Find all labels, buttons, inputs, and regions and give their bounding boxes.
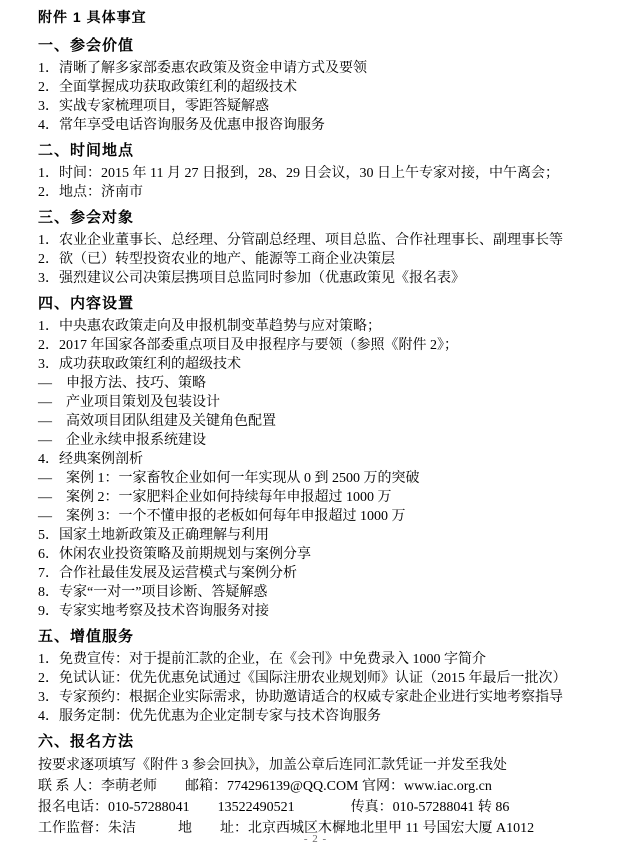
document-line: 1．清晰了解多家部委惠农政策及资金申请方式及要领 <box>38 59 605 78</box>
page-number: - 2 - <box>0 833 631 845</box>
document-line: 3．成功获取政策红利的超级技术 <box>38 355 605 374</box>
document-line: 4．服务定制：优先优惠为企业定制专家与技术咨询服务 <box>38 707 605 726</box>
section-content-setup: 四、内容设置 1．中央惠农政策走向及申报机制变革趋势与应对策略； 2．2017 … <box>38 294 605 621</box>
registration-instruction-line: 按要求逐项填写《附件 3 参会回执》，加盖公章后连同汇款凭证一并发至我处 <box>38 755 605 776</box>
document-line: 7．合作社最佳发展及运营模式与案例分析 <box>38 564 605 583</box>
document-line: 6．休闲农业投资策略及前期规划与案例分享 <box>38 545 605 564</box>
section-participation-value: 一、参会价值 1．清晰了解多家部委惠农政策及资金申请方式及要领 2．全面掌握成功… <box>38 36 605 135</box>
section-time-place: 二、时间地点 1．时间：2015 年 11 月 27 日报到，28、29 日会议… <box>38 141 605 202</box>
document-line: 1．农业企业董事长、总经理、分管副总经理、项目总监、合作社理事长、副理事长等 <box>38 231 605 250</box>
document-line: 3．实战专家梳理项目，零距答疑解惑 <box>38 97 605 116</box>
document-line: 3．专家预约：根据企业实际需求，协助邀请适合的权威专家赴企业进行实地考察指导 <box>38 688 605 707</box>
section-value-added-services: 五、增值服务 1．免费宣传：对于提前汇款的企业，在《会刊》中免费录入 1000 … <box>38 627 605 726</box>
document-line: 2．全面掌握成功获取政策红利的超级技术 <box>38 78 605 97</box>
section-attendees: 三、参会对象 1．农业企业董事长、总经理、分管副总经理、项目总监、合作社理事长、… <box>38 208 605 288</box>
document-line: 2．欲（已）转型投资农业的地产、能源等工商企业决策层 <box>38 250 605 269</box>
document-line: — 案例 1：一家畜牧企业如何一年实现从 0 到 2500 万的突破 <box>38 469 605 488</box>
document-line: 1．中央惠农政策走向及申报机制变革趋势与应对策略； <box>38 317 605 336</box>
document-line: 1．免费宣传：对于提前汇款的企业，在《会刊》中免费录入 1000 字简介 <box>38 650 605 669</box>
document-line: 8．专家“一对一”项目诊断、答疑解惑 <box>38 583 605 602</box>
document-line: — 申报方法、技巧、策略 <box>38 374 605 393</box>
section-heading: 六、报名方法 <box>38 732 605 752</box>
document-line: — 企业永续申报系统建设 <box>38 431 605 450</box>
document-line: — 案例 2：一家肥料企业如何持续每年申报超过 1000 万 <box>38 488 605 507</box>
phone-fax-line: 报名电话：010-57288041 13522490521 传真：010-572… <box>38 797 605 818</box>
document-line: 3．强烈建议公司决策层携项目总监同时参加（优惠政策见《报名表》 <box>38 269 605 288</box>
document-line: 4．经典案例剖析 <box>38 450 605 469</box>
document-line: 5．国家土地新政策及正确理解与利用 <box>38 526 605 545</box>
section-heading: 二、时间地点 <box>38 141 605 161</box>
document-body: 附件 1 具体事宜 一、参会价值 1．清晰了解多家部委惠农政策及资金申请方式及要… <box>0 0 631 839</box>
document-line: — 高效项目团队组建及关键角色配置 <box>38 412 605 431</box>
page-title: 附件 1 具体事宜 <box>38 7 605 27</box>
document-line: 1．时间：2015 年 11 月 27 日报到，28、29 日会议，30 日上午… <box>38 164 605 183</box>
document-line: — 案例 3：一个不懂申报的老板如何每年申报超过 1000 万 <box>38 507 605 526</box>
document-line: 4．常年享受电话咨询服务及优惠申报咨询服务 <box>38 116 605 135</box>
section-heading: 四、内容设置 <box>38 294 605 314</box>
document-line: 2．地点：济南市 <box>38 183 605 202</box>
contact-person-line: 联 系 人：李萌老师 邮箱：774296139@QQ.COM 官网：www.ia… <box>38 776 605 797</box>
document-page: 附件 1 具体事宜 一、参会价值 1．清晰了解多家部委惠农政策及资金申请方式及要… <box>0 0 631 855</box>
section-heading: 五、增值服务 <box>38 627 605 647</box>
document-line: 2．免试认证：优先优惠免试通过《国际注册农业规划师》认证（2015 年最后一批次… <box>38 669 605 688</box>
document-line: — 产业项目策划及包装设计 <box>38 393 605 412</box>
section-heading: 三、参会对象 <box>38 208 605 228</box>
document-line: 2．2017 年国家各部委重点项目及申报程序与要领（参照《附件 2》； <box>38 336 605 355</box>
section-heading: 一、参会价值 <box>38 36 605 56</box>
section-registration-method: 六、报名方法 按要求逐项填写《附件 3 参会回执》，加盖公章后连同汇款凭证一并发… <box>38 732 605 839</box>
document-line: 9．专家实地考察及技术咨询服务对接 <box>38 602 605 621</box>
